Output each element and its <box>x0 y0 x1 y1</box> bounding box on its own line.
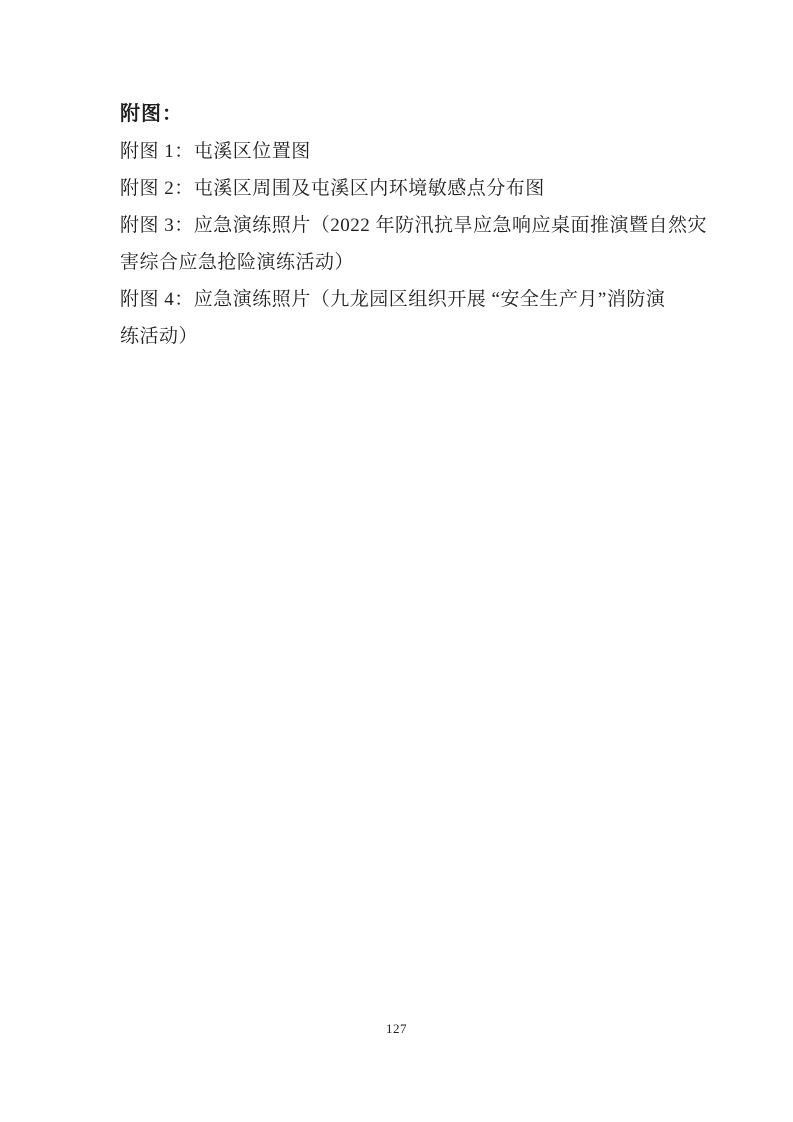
figure-list-item: 附图 1：屯溪区位置图 <box>120 133 680 170</box>
figure-list-item: 附图 2：屯溪区周围及屯溪区内环境敏感点分布图 <box>120 170 680 207</box>
page-number: 127 <box>386 1021 407 1036</box>
figure-list-section: 附图： 附图 1：屯溪区位置图附图 2：屯溪区周围及屯溪区内环境敏感点分布图附图… <box>120 96 680 355</box>
text-line: 练活动） <box>120 318 680 355</box>
figure-list-item: 附图 4：应急演练照片（九龙园区组织开展 “安全生产月”消防演练活动） <box>120 281 680 355</box>
text-line: 附图 4：应急演练照片（九龙园区组织开展 “安全生产月”消防演 <box>120 281 680 318</box>
figure-list: 附图 1：屯溪区位置图附图 2：屯溪区周围及屯溪区内环境敏感点分布图附图 3：应… <box>120 133 680 355</box>
text-line: 附图 2：屯溪区周围及屯溪区内环境敏感点分布图 <box>120 170 680 207</box>
text-line: 附图 1：屯溪区位置图 <box>120 133 680 170</box>
page-footer: 127 <box>0 1020 793 1038</box>
document-page: 附图： 附图 1：屯溪区位置图附图 2：屯溪区周围及屯溪区内环境敏感点分布图附图… <box>0 0 793 1122</box>
text-line: 害综合应急抢险演练活动） <box>120 244 680 281</box>
text-line: 附图 3：应急演练照片（2022 年防汛抗旱应急响应桌面推演暨自然灾 <box>120 207 680 244</box>
section-heading: 附图： <box>120 96 680 133</box>
figure-list-item: 附图 3：应急演练照片（2022 年防汛抗旱应急响应桌面推演暨自然灾害综合应急抢… <box>120 207 680 281</box>
